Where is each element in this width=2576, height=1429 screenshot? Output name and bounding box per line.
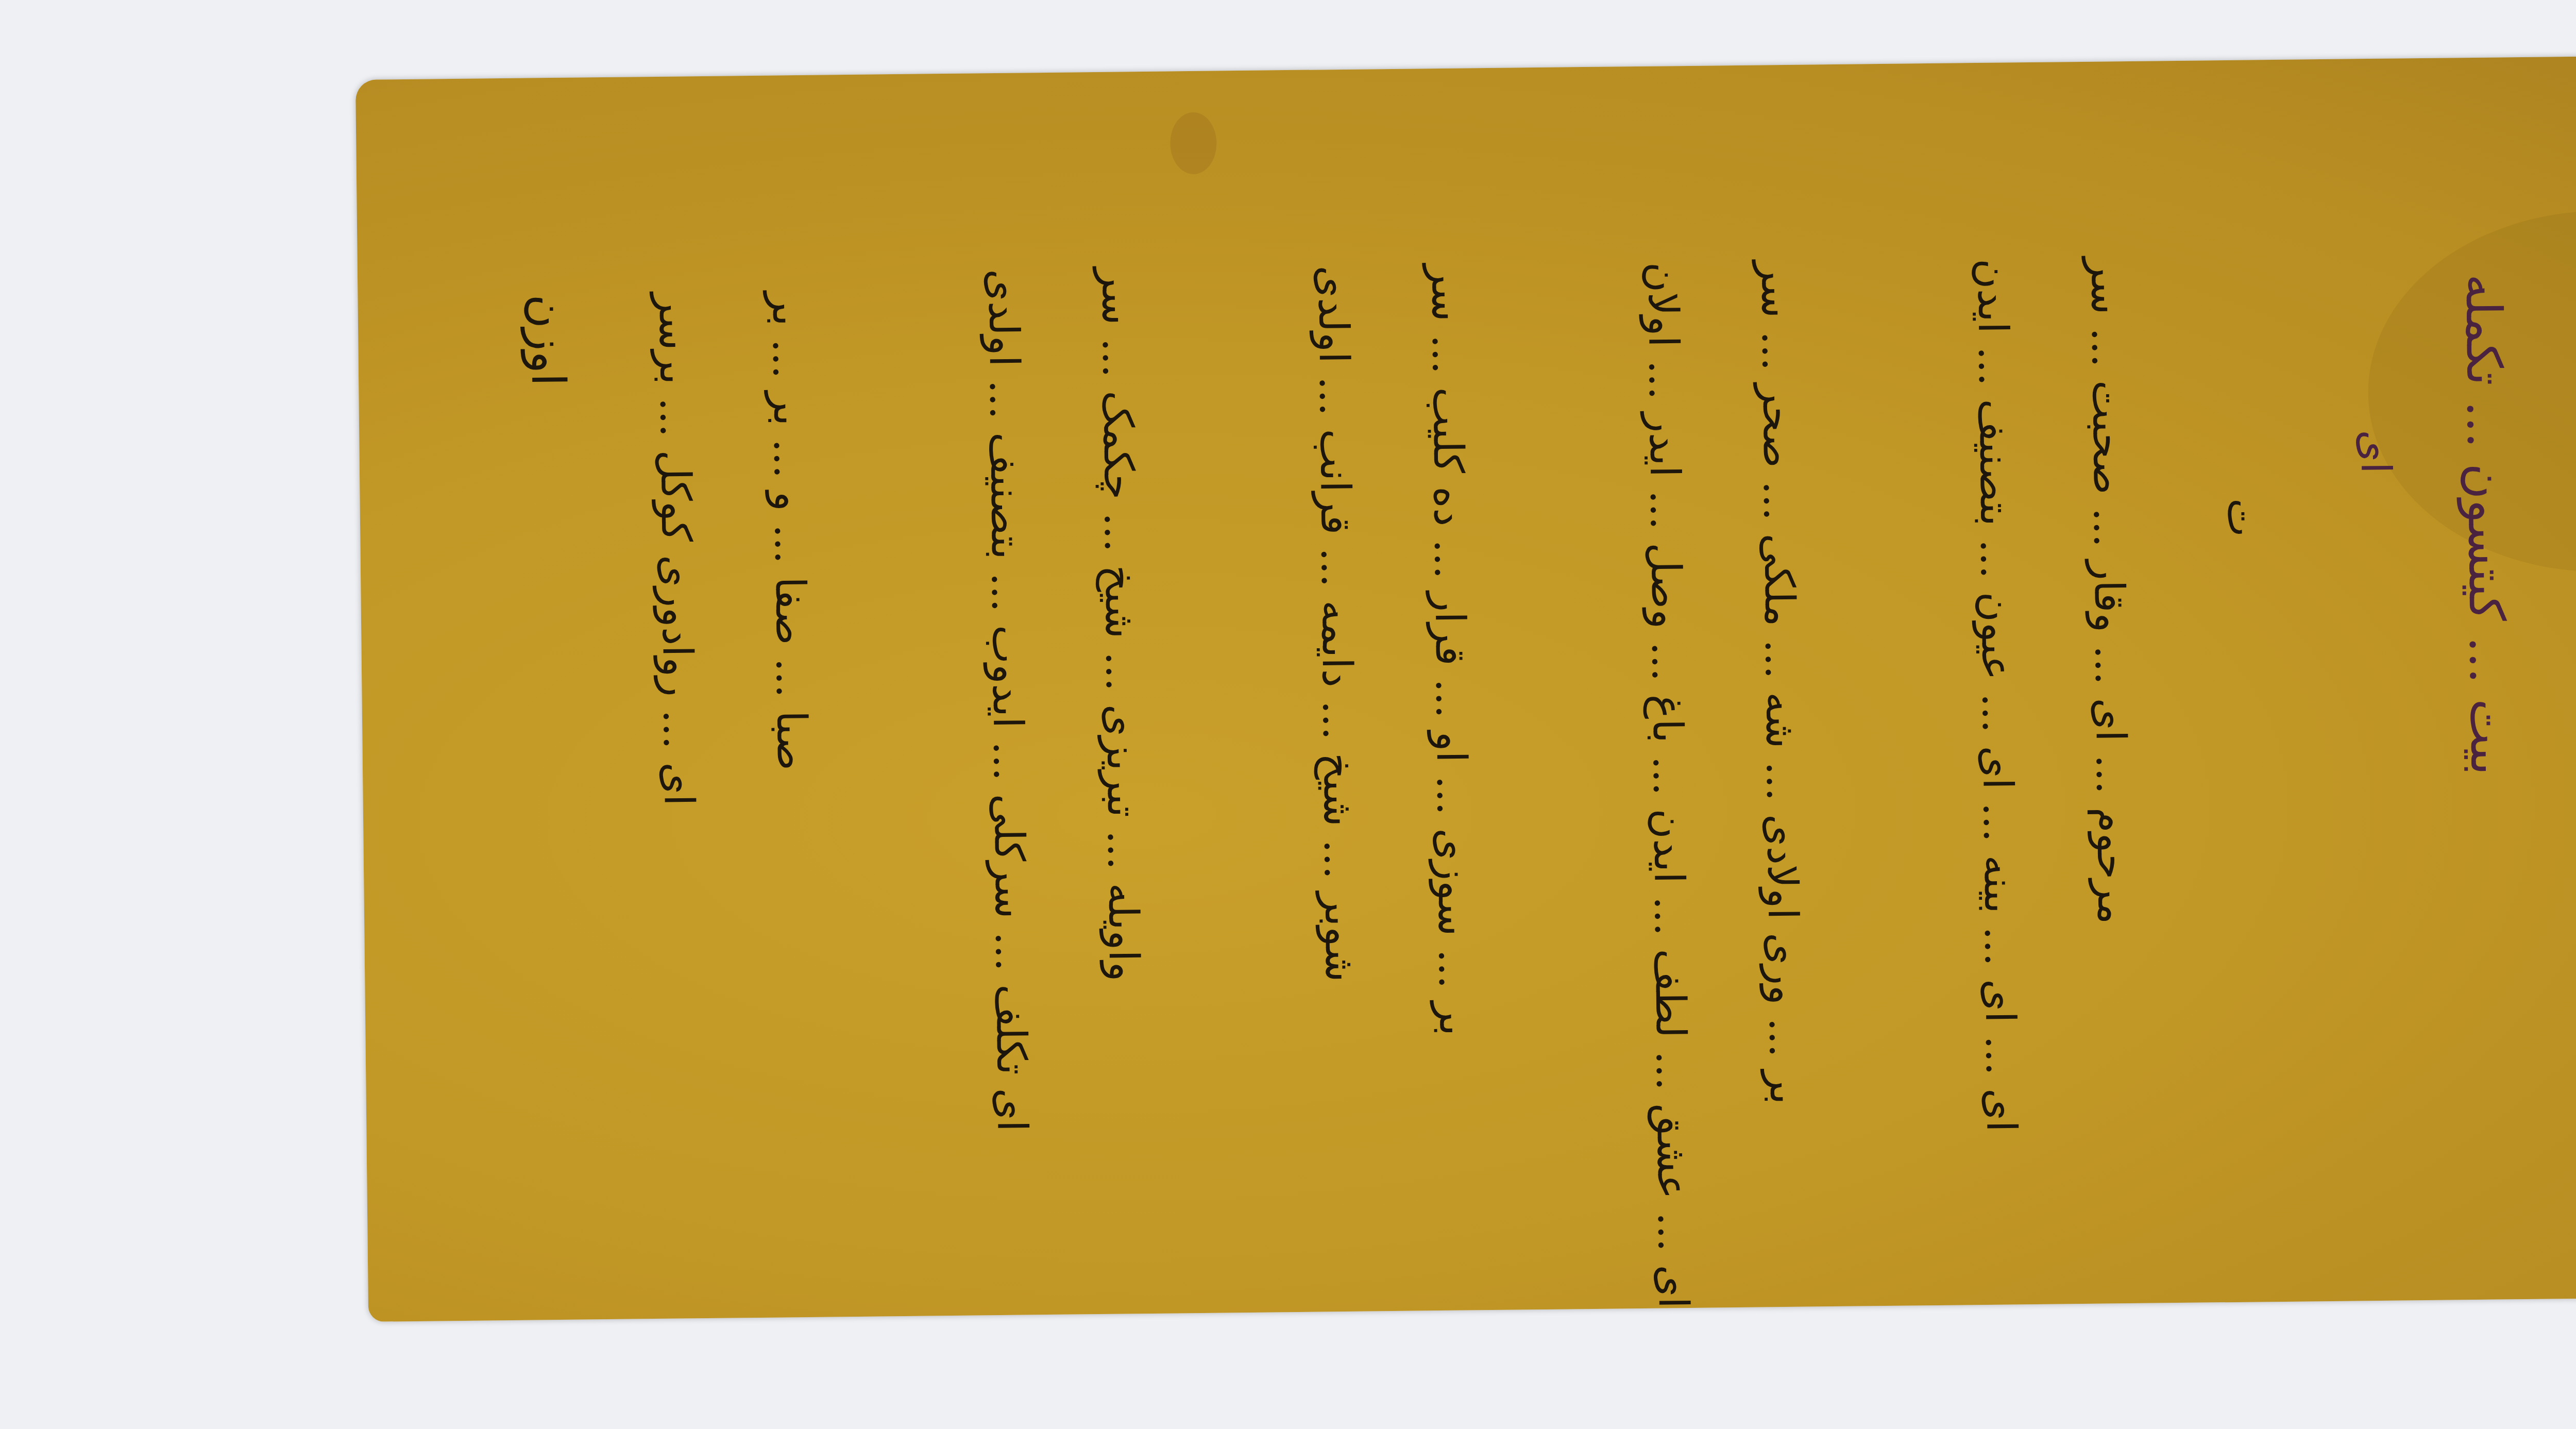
text-line: بر ... وری اولادی ... شه ... ملکی ... صح… [1752, 261, 1809, 1105]
text-line: ت [2218, 498, 2267, 537]
text-line: شوبر ... شیخ ... دایمه ... قرانب ... اول… [1309, 265, 1365, 983]
text-line: صبا ... صفا ... و ... بر ... بر [763, 292, 816, 771]
text-line: واویله ... تبریزی ... شیخ ... چکمک ... س… [1093, 267, 1148, 982]
text-line: بر ... سوزی ... او ... قرار ... ده کلیب … [1422, 264, 1479, 1036]
annotation-marker: ای [2351, 429, 2400, 474]
paper-stain [1170, 112, 1217, 175]
manuscript-page: اوزن ای ... روادوری کوکل ... برسر صبا ..… [355, 53, 2576, 1322]
heading-text: اوزن [520, 294, 575, 386]
purple-annotation: بیت ... کیتسون ... تکمله [2454, 274, 2516, 776]
text-line: مرحوم ... ای ... وقار ... صحبت ... سر [2082, 257, 2137, 924]
text-line: ای ... عشق ... لطف ... ایدن ... باغ ... … [1639, 262, 1698, 1308]
text-line: ای ... ای ... بینه ... ای ... عیون ... ب… [1969, 258, 2026, 1132]
text-line: ای ... روادوری کوکل ... برسر [650, 293, 703, 806]
text-line: ای تکلف ... سرکلی ... ایدوب ... بتصنیف .… [979, 268, 1037, 1132]
